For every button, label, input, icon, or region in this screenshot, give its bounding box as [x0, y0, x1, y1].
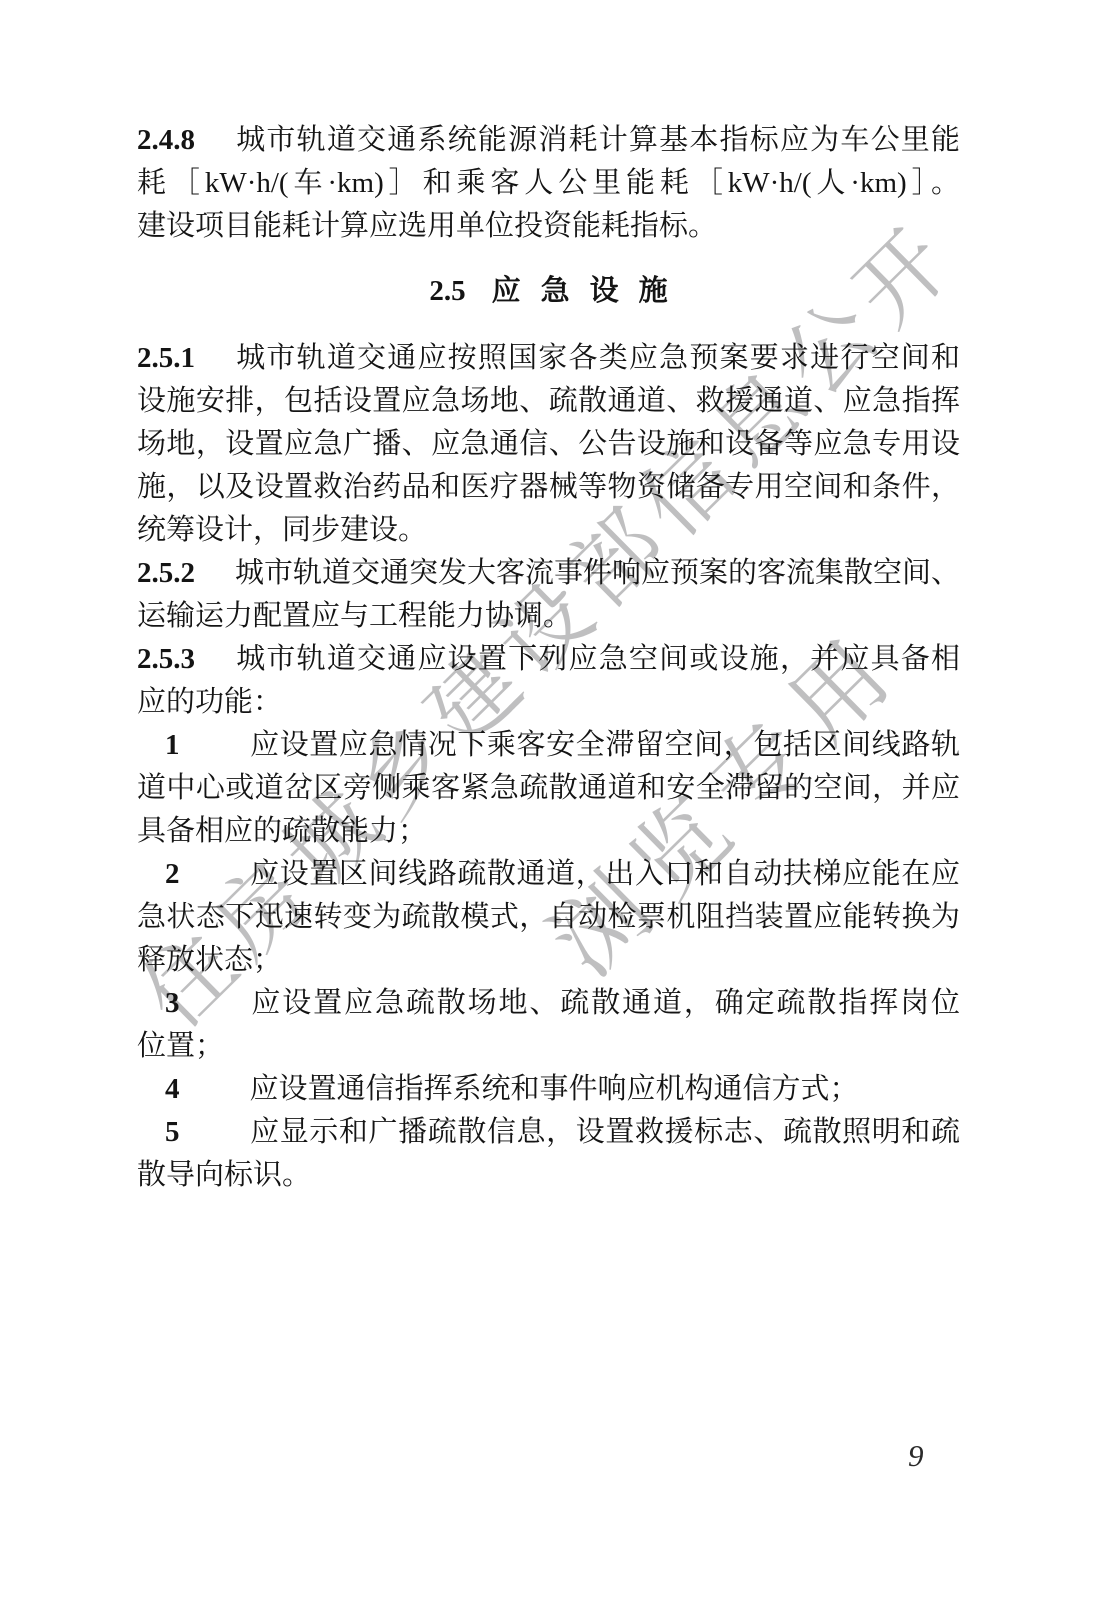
clause-2-5-2-line-2: 运输运力配置应与工程能力协调。 [137, 595, 960, 638]
item-text: 具备相应的疏散能力； [137, 815, 427, 847]
item-text: 应设置区间线路疏散通道，出入口和自动扶梯应能在应 [250, 858, 961, 890]
clause-text: 统筹设计，同步建设。 [137, 514, 427, 546]
clause-text: 施，以及设置救治药品和医疗器械等物资储备专用空间和条件， [137, 471, 960, 503]
page-number: 9 [908, 1438, 924, 1474]
item-text: 应设置应急疏散场地、疏散通道，确定疏散指挥岗位 [250, 987, 961, 1019]
item-text: 应显示和广播疏散信息，设置救援标志、疏散照明和疏 [250, 1116, 961, 1148]
clause-2-5-3-line-1: 2.5.3城市轨道交通应设置下列应急空间或设施，并应具备相 [137, 638, 960, 681]
list-item-3-line-1: 3应设置应急疏散场地、疏散通道，确定疏散指挥岗位 [137, 982, 960, 1025]
section-title: 应急设施 [492, 275, 688, 307]
list-item-1-line-1: 1应设置应急情况下乘客安全滞留空间，包括区间线路轨 [137, 724, 960, 767]
clause-number: 2.5.2 [137, 557, 195, 589]
list-item-2-line-3: 释放状态； [137, 939, 960, 982]
list-item-3-line-2: 位置； [137, 1025, 960, 1068]
clause-text: 应的功能： [137, 686, 282, 718]
clause-text: 场地，设置应急广播、应急通信、公告设施和设备等应急专用设 [137, 428, 960, 460]
item-text: 应设置通信指挥系统和事件响应机构通信方式； [250, 1073, 859, 1105]
document-page: 住房城乡建设部信息公开 浏览专用 2.4.8城市轨道交通系统能源消耗计算基本指标… [0, 0, 1103, 1597]
clause-text: 设施安排，包括设置应急场地、疏散通道、救援通道、应急指挥 [137, 385, 960, 417]
clause-text: 城市轨道交通系统能源消耗计算基本指标应为车公里能 [235, 124, 960, 156]
clause-2-5-1-line-2: 设施安排，包括设置应急场地、疏散通道、救援通道、应急指挥 [137, 380, 960, 423]
clause-text: 建设项目能耗计算应选用单位投资能耗指标。 [137, 210, 717, 242]
clause-number: 2.5.3 [137, 643, 195, 675]
item-text: 应设置应急情况下乘客安全滞留空间，包括区间线路轨 [250, 729, 961, 761]
page-content: 2.4.8城市轨道交通系统能源消耗计算基本指标应为车公里能 耗［kW·h/(车·… [137, 119, 960, 1197]
list-item-5-line-2: 散导向标识。 [137, 1154, 960, 1197]
section-number: 2.5 [429, 275, 465, 307]
item-number: 4 [165, 1073, 180, 1105]
item-text: 散导向标识。 [137, 1159, 311, 1191]
clause-2-4-8-line-3: 建设项目能耗计算应选用单位投资能耗指标。 [137, 205, 960, 248]
list-item-5-line-1: 5应显示和广播疏散信息，设置救援标志、疏散照明和疏 [137, 1111, 960, 1154]
item-number: 3 [165, 987, 180, 1019]
item-text: 释放状态； [137, 944, 282, 976]
item-text: 位置； [137, 1030, 224, 1062]
item-text: 道中心或道岔区旁侧乘客紧急疏散通道和安全滞留的空间，并应 [137, 772, 960, 804]
item-number: 1 [165, 729, 180, 761]
list-item-1-line-3: 具备相应的疏散能力； [137, 810, 960, 853]
list-item-2-line-2: 急状态下迅速转变为疏散模式，自动检票机阻挡装置应能转换为 [137, 896, 960, 939]
clause-2-5-1-line-4: 施，以及设置救治药品和医疗器械等物资储备专用空间和条件， [137, 466, 960, 509]
section-heading: 2.5应急设施 [137, 270, 960, 313]
clause-2-5-1-line-3: 场地，设置应急广播、应急通信、公告设施和设备等应急专用设 [137, 423, 960, 466]
clause-text: 城市轨道交通突发大客流事件响应预案的客流集散空间、 [235, 557, 960, 589]
list-item-2-line-1: 2应设置区间线路疏散通道，出入口和自动扶梯应能在应 [137, 853, 960, 896]
clause-text: 运输运力配置应与工程能力协调。 [137, 600, 572, 632]
list-item-4-line-1: 4应设置通信指挥系统和事件响应机构通信方式； [137, 1068, 960, 1111]
item-number: 2 [165, 858, 180, 890]
clause-2-4-8-line-2: 耗［kW·h/(车·km)］和乘客人公里能耗［kW·h/(人·km)］。 [137, 162, 960, 205]
clause-2-5-2-line-1: 2.5.2城市轨道交通突发大客流事件响应预案的客流集散空间、 [137, 552, 960, 595]
clause-2-5-1-line-5: 统筹设计，同步建设。 [137, 509, 960, 552]
clause-2-5-3-line-2: 应的功能： [137, 681, 960, 724]
clause-number: 2.4.8 [137, 124, 195, 156]
clause-number: 2.5.1 [137, 342, 195, 374]
item-text: 急状态下迅速转变为疏散模式，自动检票机阻挡装置应能转换为 [137, 901, 960, 933]
list-item-1-line-2: 道中心或道岔区旁侧乘客紧急疏散通道和安全滞留的空间，并应 [137, 767, 960, 810]
clause-text: 耗［kW·h/(车·km)］和乘客人公里能耗［kW·h/(人·km)］。 [137, 167, 960, 199]
clause-2-4-8-line-1: 2.4.8城市轨道交通系统能源消耗计算基本指标应为车公里能 [137, 119, 960, 162]
clause-text: 城市轨道交通应按照国家各类应急预案要求进行空间和 [235, 342, 960, 374]
clause-2-5-1-line-1: 2.5.1城市轨道交通应按照国家各类应急预案要求进行空间和 [137, 337, 960, 380]
item-number: 5 [165, 1116, 180, 1148]
clause-text: 城市轨道交通应设置下列应急空间或设施，并应具备相 [235, 643, 960, 675]
